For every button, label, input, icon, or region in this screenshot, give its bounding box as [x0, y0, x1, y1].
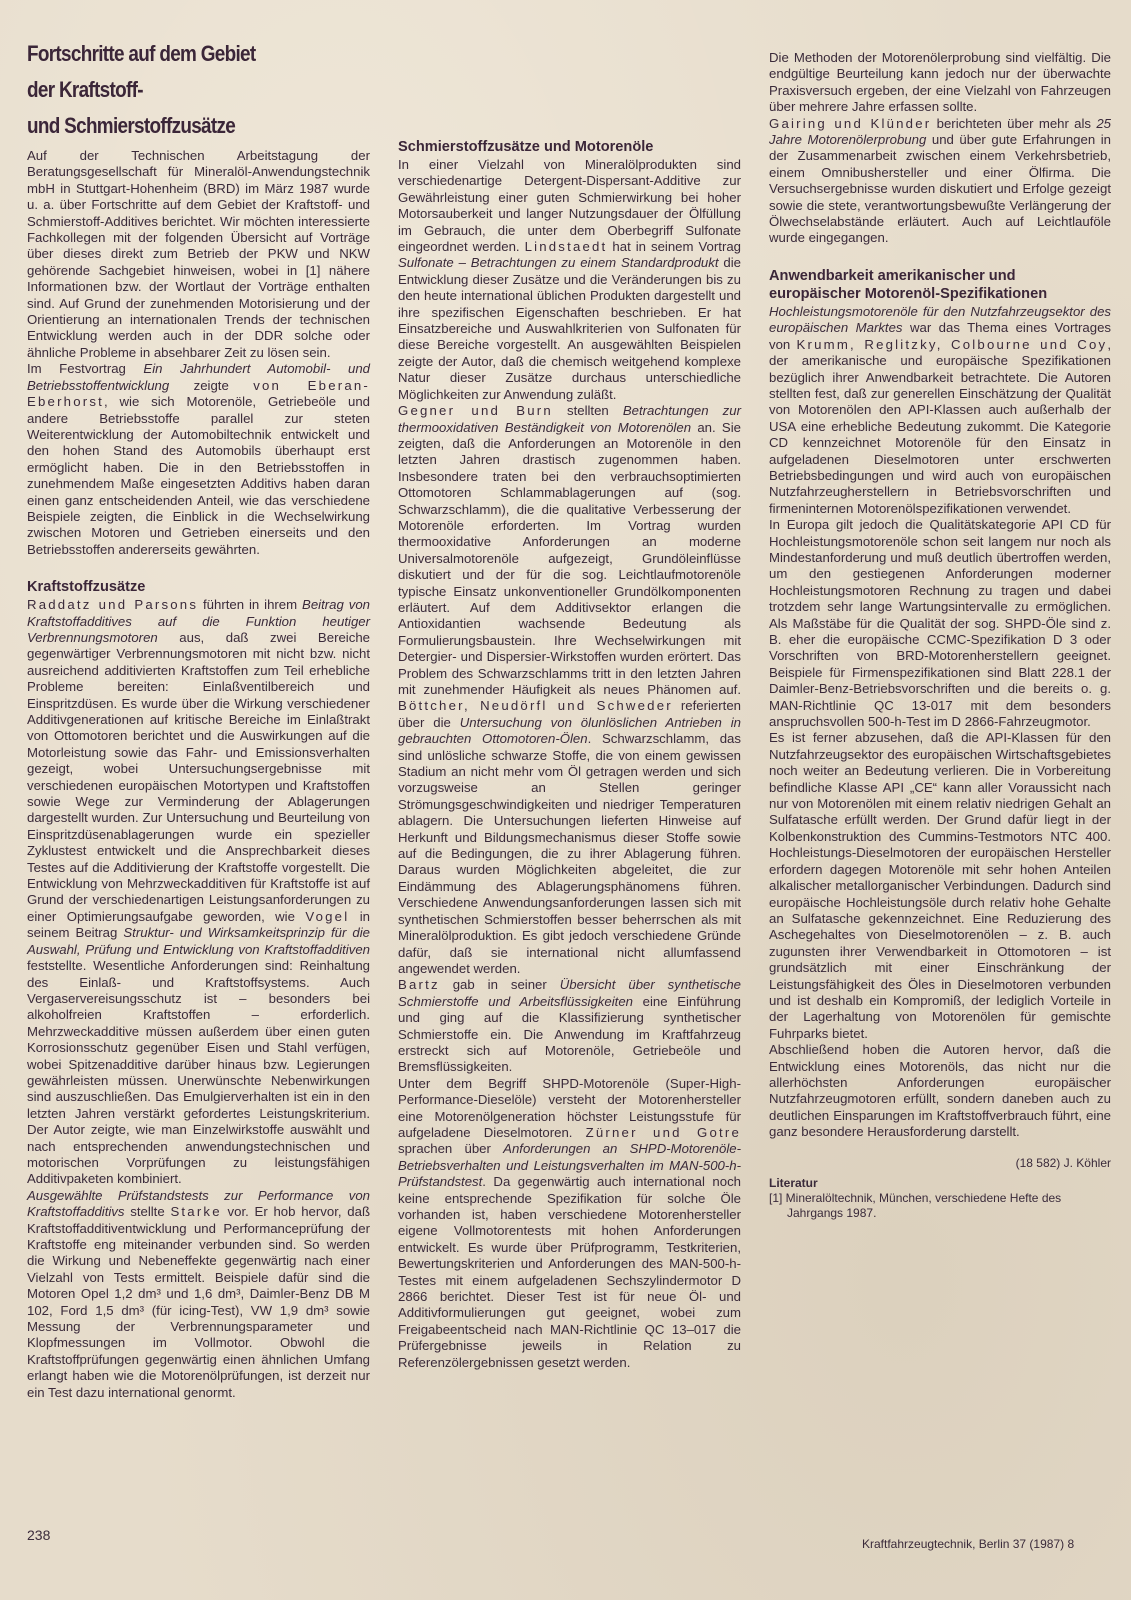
text: berichteten über mehr als [931, 116, 1096, 131]
author-name: Gegner und Burn [398, 403, 553, 418]
section-heading-kraftstoffzusaetze: Kraftstoffzusätze [27, 578, 370, 596]
column-3: Die Methoden der Motorenölerprobung sind… [769, 50, 1111, 1221]
text: führten in ihrem [198, 597, 302, 612]
text: vor. Er hob hervor, daß Kraftstoffadditi… [27, 1204, 370, 1399]
author-name: Starke [170, 1204, 221, 1219]
title-line: und Schmierstoffzusätze [27, 112, 322, 139]
author-signature: (18 582) J. Köhler [769, 1155, 1111, 1171]
text: , der amerikanische und europäische Spez… [769, 337, 1111, 516]
literature-item: [1] Mineralöltechnik, München, verschied… [769, 1191, 1111, 1221]
text: feststellte. Wesentliche Anforderungen s… [27, 958, 370, 1186]
body-paragraph: Abschließend hoben die Autoren hervor, d… [769, 1042, 1111, 1140]
column-2: Schmierstoffzusätze und Motorenöle In ei… [398, 50, 741, 1371]
literature-heading: Literatur [769, 1175, 1111, 1191]
talk-title: Sulfonate – Betrachtungen zu einem Stand… [398, 255, 719, 270]
text: . Schwarzschlamm, das sind unlösliche sc… [398, 731, 741, 976]
author-name: Lindstaedt [525, 239, 608, 254]
text: aus, daß zwei Bereiche gegenwärtiger Ver… [27, 630, 370, 924]
intro-paragraph: Auf der Technischen Arbeitstagung der Be… [27, 148, 370, 361]
article-title: Fortschritte auf dem Gebiet der Kraftsto… [27, 40, 370, 139]
body-paragraph: In einer Vielzahl von Mineralölprodukten… [398, 157, 741, 403]
text: Im Festvortrag [27, 361, 143, 376]
text: stellte [124, 1204, 170, 1219]
body-paragraph: Hochleistungsmotorenöle für den Nutzfahr… [769, 304, 1111, 517]
magazine-page: Fortschritte auf dem Gebiet der Kraftsto… [0, 0, 1131, 1600]
body-paragraph: Bartz gab in seiner Übersicht über synth… [398, 977, 741, 1075]
festvortrag-paragraph: Im Festvortrag Ein Jahrhundert Automobil… [27, 361, 370, 558]
text: stellten [553, 403, 623, 418]
author-name: Krumm, Reglitzky, Colbourne und Coy [797, 337, 1108, 352]
text: an. Sie zeigten, daß die Anforderungen a… [398, 420, 741, 698]
journal-reference: Kraftfahrzeugtechnik, Berlin 37 (1987) 8 [862, 1537, 1074, 1551]
author-name: Bartz [398, 977, 440, 992]
column-1: Fortschritte auf dem Gebiet der Kraftsto… [27, 40, 370, 1401]
section-heading-anwendbarkeit: Anwendbarkeit amerikanischer und europäi… [769, 267, 1111, 303]
body-paragraph: In Europa gilt jedoch die Qualitätskateg… [769, 517, 1111, 730]
title-line: Fortschritte auf dem Gebiet [27, 40, 322, 67]
text: und über gute Erfahrungen in der Zusamme… [769, 132, 1111, 245]
text: gab in seiner [440, 977, 560, 992]
section-heading-schmierstoffzusaetze: Schmierstoffzusätze und Motorenöle [398, 138, 741, 156]
title-line: der Kraftstoff- [27, 76, 322, 103]
page-number: 238 [27, 1527, 50, 1543]
body-paragraph: Die Methoden der Motorenölerprobung sind… [769, 50, 1111, 116]
text: . Da gegenwärtig auch international noch… [398, 1174, 741, 1369]
text: , wie sich Motorenöle, Getriebeöle und a… [27, 394, 370, 557]
body-paragraph: Gegner und Burn stellten Betrachtungen z… [398, 403, 741, 977]
author-name: Böttcher, Neudörfl und Schweder [398, 698, 673, 713]
body-paragraph: Gairing und Klünder berichteten über meh… [769, 116, 1111, 247]
body-paragraph: Raddatz und Parsons führten in ihrem Bei… [27, 597, 370, 1188]
author-name: Raddatz und Parsons [27, 597, 198, 612]
body-paragraph: Es ist ferner abzusehen, daß die API-Kla… [769, 730, 1111, 1042]
text: zeigte [169, 378, 253, 393]
text: die Entwicklung dieser Zusätze und die V… [398, 255, 741, 401]
author-name: Zürner und Gotre [586, 1125, 741, 1140]
text: hat in seinem Vortrag [607, 239, 741, 254]
text: sprachen über [398, 1141, 503, 1156]
body-paragraph: Unter dem Begriff SHPD-Motorenöle (Super… [398, 1076, 741, 1371]
author-name: Gairing und Klünder [769, 116, 931, 131]
body-paragraph: Ausgewählte Prüfstandstests zur Performa… [27, 1188, 370, 1401]
author-name: Vogel [305, 909, 349, 924]
